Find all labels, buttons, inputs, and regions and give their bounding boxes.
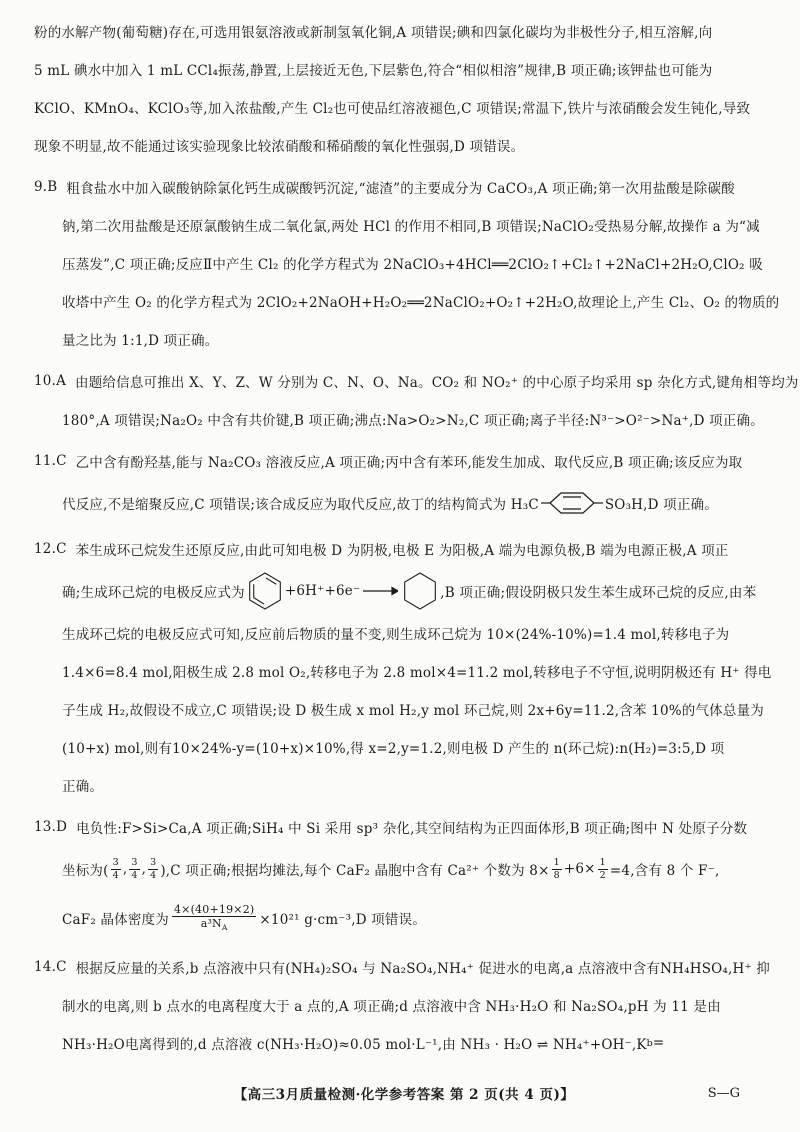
answer-line: 制水的电离,则 b 点水的电离程度大于 a 点的,A 项正确;d 点溶液中含 N… xyxy=(34,986,774,1024)
answer-11: 11.C乙中含有酚羟基,能与 Na₂CO₃ 溶液反应,A 项正确;丙中含有苯环,… xyxy=(34,442,774,526)
footer-code: S—G xyxy=(708,1086,740,1101)
answer-line: 14.C根据反应量的关系,b 点溶液中只有(NH₄)₂SO₄ 与 Na₂SO₄,… xyxy=(34,948,774,986)
answer-text: = xyxy=(653,1035,665,1051)
answer-text: NH₃·H₂O电离得到的,d 点溶液 c(NH₃·H₂O)≈0.05 mol·L… xyxy=(62,1033,647,1053)
answer-text: 钠,第二次用盐酸是还原氯酸钠生成二氧化氯,两处 HCl 的作用不相同,B 项错误… xyxy=(62,215,760,235)
answer-13: 13.D电负性:F>Si>Ca,A 项正确;SiH₄ 中 Si 采用 sp³ 杂… xyxy=(34,808,774,944)
answer-text: 180°,A 项错误;Na₂O₂ 中含有共价键,B 项正确;沸点:Na>O₂>N… xyxy=(62,409,764,429)
answer-line: 5 mL 碘水中加入 1 mL CCl₄振荡,静置,上层接近无色,下层紫色,符合… xyxy=(34,50,774,88)
fraction-3-4: 34 xyxy=(129,857,139,881)
answer-12: 12.C苯生成环己烷发生还原反应,由此可知电极 D 为阴极,电极 E 为阳极,A… xyxy=(34,530,774,804)
answer-line: 180°,A 项错误;Na₂O₂ 中含有共价键,B 项正确;沸点:Na>O₂>N… xyxy=(34,400,774,438)
answer-text: 子生成 H₂,故假设不成立,C 项错误;设 D 极生成 x mol H₂,y m… xyxy=(62,699,764,719)
answer-line: 代反应,不是缩聚反应,C 项错误;该合成反应为取代反应,故丁的结构简式为 H₃C… xyxy=(34,480,774,526)
answer-text: 粉的水解产物(葡萄糖)存在,可选用银氨溶液或新制氢氧化铜,A 项错误;碘和四氯化… xyxy=(34,21,712,41)
answer-text: +6× xyxy=(564,861,596,877)
para-substituted-benzene-ring-icon xyxy=(541,490,603,516)
answer-text: 正确。 xyxy=(62,775,103,795)
answer-number: 13.D xyxy=(34,819,67,835)
answer-line: 坐标为( 34 , 34 , 34 ),C 项正确;根据均摊法,每个 CaF₂ … xyxy=(34,846,774,892)
answer-sheet-page: 粉的水解产物(葡萄糖)存在,可选用银氨溶液或新制氢氧化铜,A 项错误;碘和四氯化… xyxy=(0,0,800,1108)
answer-line: 10.A由题给信息可推出 X、Y、Z、W 分别为 C、N、O、Na。CO₂ 和 … xyxy=(34,362,774,400)
answer-line: 量之比为 1:1,D 项正确。 xyxy=(34,320,774,358)
answer-line: 生成环己烷的电极反应式可知,反应前后物质的量不变,则生成环己烷为 10×(24%… xyxy=(34,614,774,652)
answer-line: KClO、KMnO₄、KClO₃等,加入浓盐酸,产生 Cl₂也可使品红溶液褪色,… xyxy=(34,88,774,126)
answer-line: 1.4×6=8.4 mol,阳极生成 2.8 mol O₂,转移电子为 2.8 … xyxy=(34,652,774,690)
answer-text: SO₃H,D 项正确。 xyxy=(605,493,718,513)
answer-text: =4,含有 8 个 F⁻, xyxy=(610,859,720,879)
reaction-arrow-icon xyxy=(362,586,398,596)
answer-line: 9.B粗食盐水中加入碳酸钠除氯化钙生成碳酸钙沉淀,“滤渣”的主要成分为 CaCO… xyxy=(34,168,774,206)
benzene-ring-icon xyxy=(247,571,283,611)
answer-text: 根据反应量的关系,b 点溶液中只有(NH₄)₂SO₄ 与 Na₂SO₄,NH₄⁺… xyxy=(76,957,770,977)
answer-line: 现象不明显,故不能通过该实验现象比较浓硝酸和稀硝酸的氧化性强弱,D 项错误。 xyxy=(34,126,774,164)
fraction-1-8: 18 xyxy=(552,857,562,881)
answer-text: 乙中含有酚羟基,能与 Na₂CO₃ 溶液反应,A 项正确;丙中含有苯环,能发生加… xyxy=(76,451,743,471)
answer-text: +6H⁺+6e⁻ xyxy=(285,583,360,599)
answer-text: , xyxy=(123,861,128,877)
answer-line: CaF₂ 晶体密度为 4×(40+19×2)a³NA ×10²¹ g·cm⁻³,… xyxy=(34,892,774,944)
answer-line: 确;生成环己烷的电极反应式为 +6H⁺+6e⁻ ,B 项正确;假设阴极只发生苯生… xyxy=(34,568,774,614)
answer-text: 压蒸发”,C 项正确;反应Ⅱ中产生 Cl₂ 的化学方程式为 2NaClO₃+4H… xyxy=(62,253,763,273)
answer-text: 坐标为( xyxy=(62,859,109,879)
answer-line: 13.D电负性:F>Si>Ca,A 项正确;SiH₄ 中 Si 采用 sp³ 杂… xyxy=(34,808,774,846)
answer-text: 1.4×6=8.4 mol,阳极生成 2.8 mol O₂,转移电子为 2.8 … xyxy=(62,661,772,681)
answer-text: 电负性:F>Si>Ca,A 项正确;SiH₄ 中 Si 采用 sp³ 杂化,其空… xyxy=(76,817,747,837)
density-formula-fraction: 4×(40+19×2)a³NA xyxy=(172,903,256,933)
answer-14: 14.C根据反应量的关系,b 点溶液中只有(NH₄)₂SO₄ 与 Na₂SO₄,… xyxy=(34,948,774,1062)
answer-text: ×10²¹ g·cm⁻³,D 项错误。 xyxy=(259,908,426,928)
answer-text: 由题给信息可推出 X、Y、Z、W 分别为 C、N、O、Na。CO₂ 和 NO₂⁺… xyxy=(75,371,799,391)
footer-title: 【高三3月质量检测·化学参考答案 第 2 页(共 4 页)】 xyxy=(234,1083,575,1103)
answer-line: 子生成 H₂,故假设不成立,C 项错误;设 D 极生成 x mol H₂,y m… xyxy=(34,690,774,728)
answer-line: 12.C苯生成环己烷发生还原反应,由此可知电极 D 为阴极,电极 E 为阳极,A… xyxy=(34,530,774,568)
answer-line: NH₃·H₂O电离得到的,d 点溶液 c(NH₃·H₂O)≈0.05 mol·L… xyxy=(34,1024,774,1062)
answer-number: 14.C xyxy=(34,959,67,975)
answer-line: 正确。 xyxy=(34,766,774,804)
fraction-3-4: 34 xyxy=(111,857,121,881)
cyclohexane-ring-icon xyxy=(402,571,438,611)
answer-line: 收塔中产生 O₂ 的化学方程式为 2ClO₂+2NaOH+H₂O₂══2NaCl… xyxy=(34,282,774,320)
answer-line: 钠,第二次用盐酸是还原氯酸钠生成二氧化氯,两处 HCl 的作用不相同,B 项错误… xyxy=(34,206,774,244)
answer-10: 10.A由题给信息可推出 X、Y、Z、W 分别为 C、N、O、Na。CO₂ 和 … xyxy=(34,362,774,438)
answer-8-continuation: 粉的水解产物(葡萄糖)存在,可选用银氨溶液或新制氢氧化铜,A 项错误;碘和四氯化… xyxy=(34,12,774,164)
answer-text: CaF₂ 晶体密度为 xyxy=(62,908,169,928)
answer-9: 9.B粗食盐水中加入碳酸钠除氯化钙生成碳酸钙沉淀,“滤渣”的主要成分为 CaCO… xyxy=(34,168,774,358)
answer-number: 9.B xyxy=(34,179,57,195)
answer-number: 11.C xyxy=(34,453,67,469)
answer-number: 10.A xyxy=(34,373,66,389)
answer-text: (10+x) mol,则有10×24%-y=(10+x)×10%,得 x=2,y… xyxy=(62,737,724,757)
answer-text: , xyxy=(142,861,147,877)
answer-text: 量之比为 1:1,D 项正确。 xyxy=(62,329,218,349)
answer-line: 粉的水解产物(葡萄糖)存在,可选用银氨溶液或新制氢氧化铜,A 项错误;碘和四氯化… xyxy=(34,12,774,50)
answer-text: ),C 项正确;根据均摊法,每个 CaF₂ 晶胞中含有 Ca²⁺ 个数为 8× xyxy=(160,859,549,879)
answer-text: 制水的电离,则 b 点水的电离程度大于 a 点的,A 项正确;d 点溶液中含 N… xyxy=(62,995,721,1015)
page-footer: 【高三3月质量检测·化学参考答案 第 2 页(共 4 页)】 S—G xyxy=(34,1078,774,1108)
answer-text: 现象不明显,故不能通过该实验现象比较浓硝酸和稀硝酸的氧化性强弱,D 项错误。 xyxy=(34,135,524,155)
answer-text: 5 mL 碘水中加入 1 mL CCl₄振荡,静置,上层接近无色,下层紫色,符合… xyxy=(34,59,712,79)
answer-text: 代反应,不是缩聚反应,C 项错误;该合成反应为取代反应,故丁的结构简式为 H₃C xyxy=(62,493,539,513)
answer-text: 确;生成环己烷的电极反应式为 xyxy=(62,581,245,601)
answer-text: 生成环己烷的电极反应式可知,反应前后物质的量不变,则生成环己烷为 10×(24%… xyxy=(62,623,729,643)
answer-text: KClO、KMnO₄、KClO₃等,加入浓盐酸,产生 Cl₂也可使品红溶液褪色,… xyxy=(34,97,750,117)
answer-line: 11.C乙中含有酚羟基,能与 Na₂CO₃ 溶液反应,A 项正确;丙中含有苯环,… xyxy=(34,442,774,480)
fraction-1-2: 12 xyxy=(598,857,608,881)
fraction-3-4: 34 xyxy=(148,857,158,881)
answer-number: 12.C xyxy=(34,541,67,557)
answer-text: 苯生成环己烷发生还原反应,由此可知电极 D 为阴极,电极 E 为阳极,A 端为电… xyxy=(76,539,729,559)
answer-text: ,B 项正确;假设阴极只发生苯生成环己烷的反应,由苯 xyxy=(440,581,756,601)
answer-text: 收塔中产生 O₂ 的化学方程式为 2ClO₂+2NaOH+H₂O₂══2NaCl… xyxy=(62,291,779,311)
answer-text: 粗食盐水中加入碳酸钠除氯化钙生成碳酸钙沉淀,“滤渣”的主要成分为 CaCO₃,A… xyxy=(66,177,734,197)
answer-line: (10+x) mol,则有10×24%-y=(10+x)×10%,得 x=2,y… xyxy=(34,728,774,766)
answer-line: 压蒸发”,C 项正确;反应Ⅱ中产生 Cl₂ 的化学方程式为 2NaClO₃+4H… xyxy=(34,244,774,282)
